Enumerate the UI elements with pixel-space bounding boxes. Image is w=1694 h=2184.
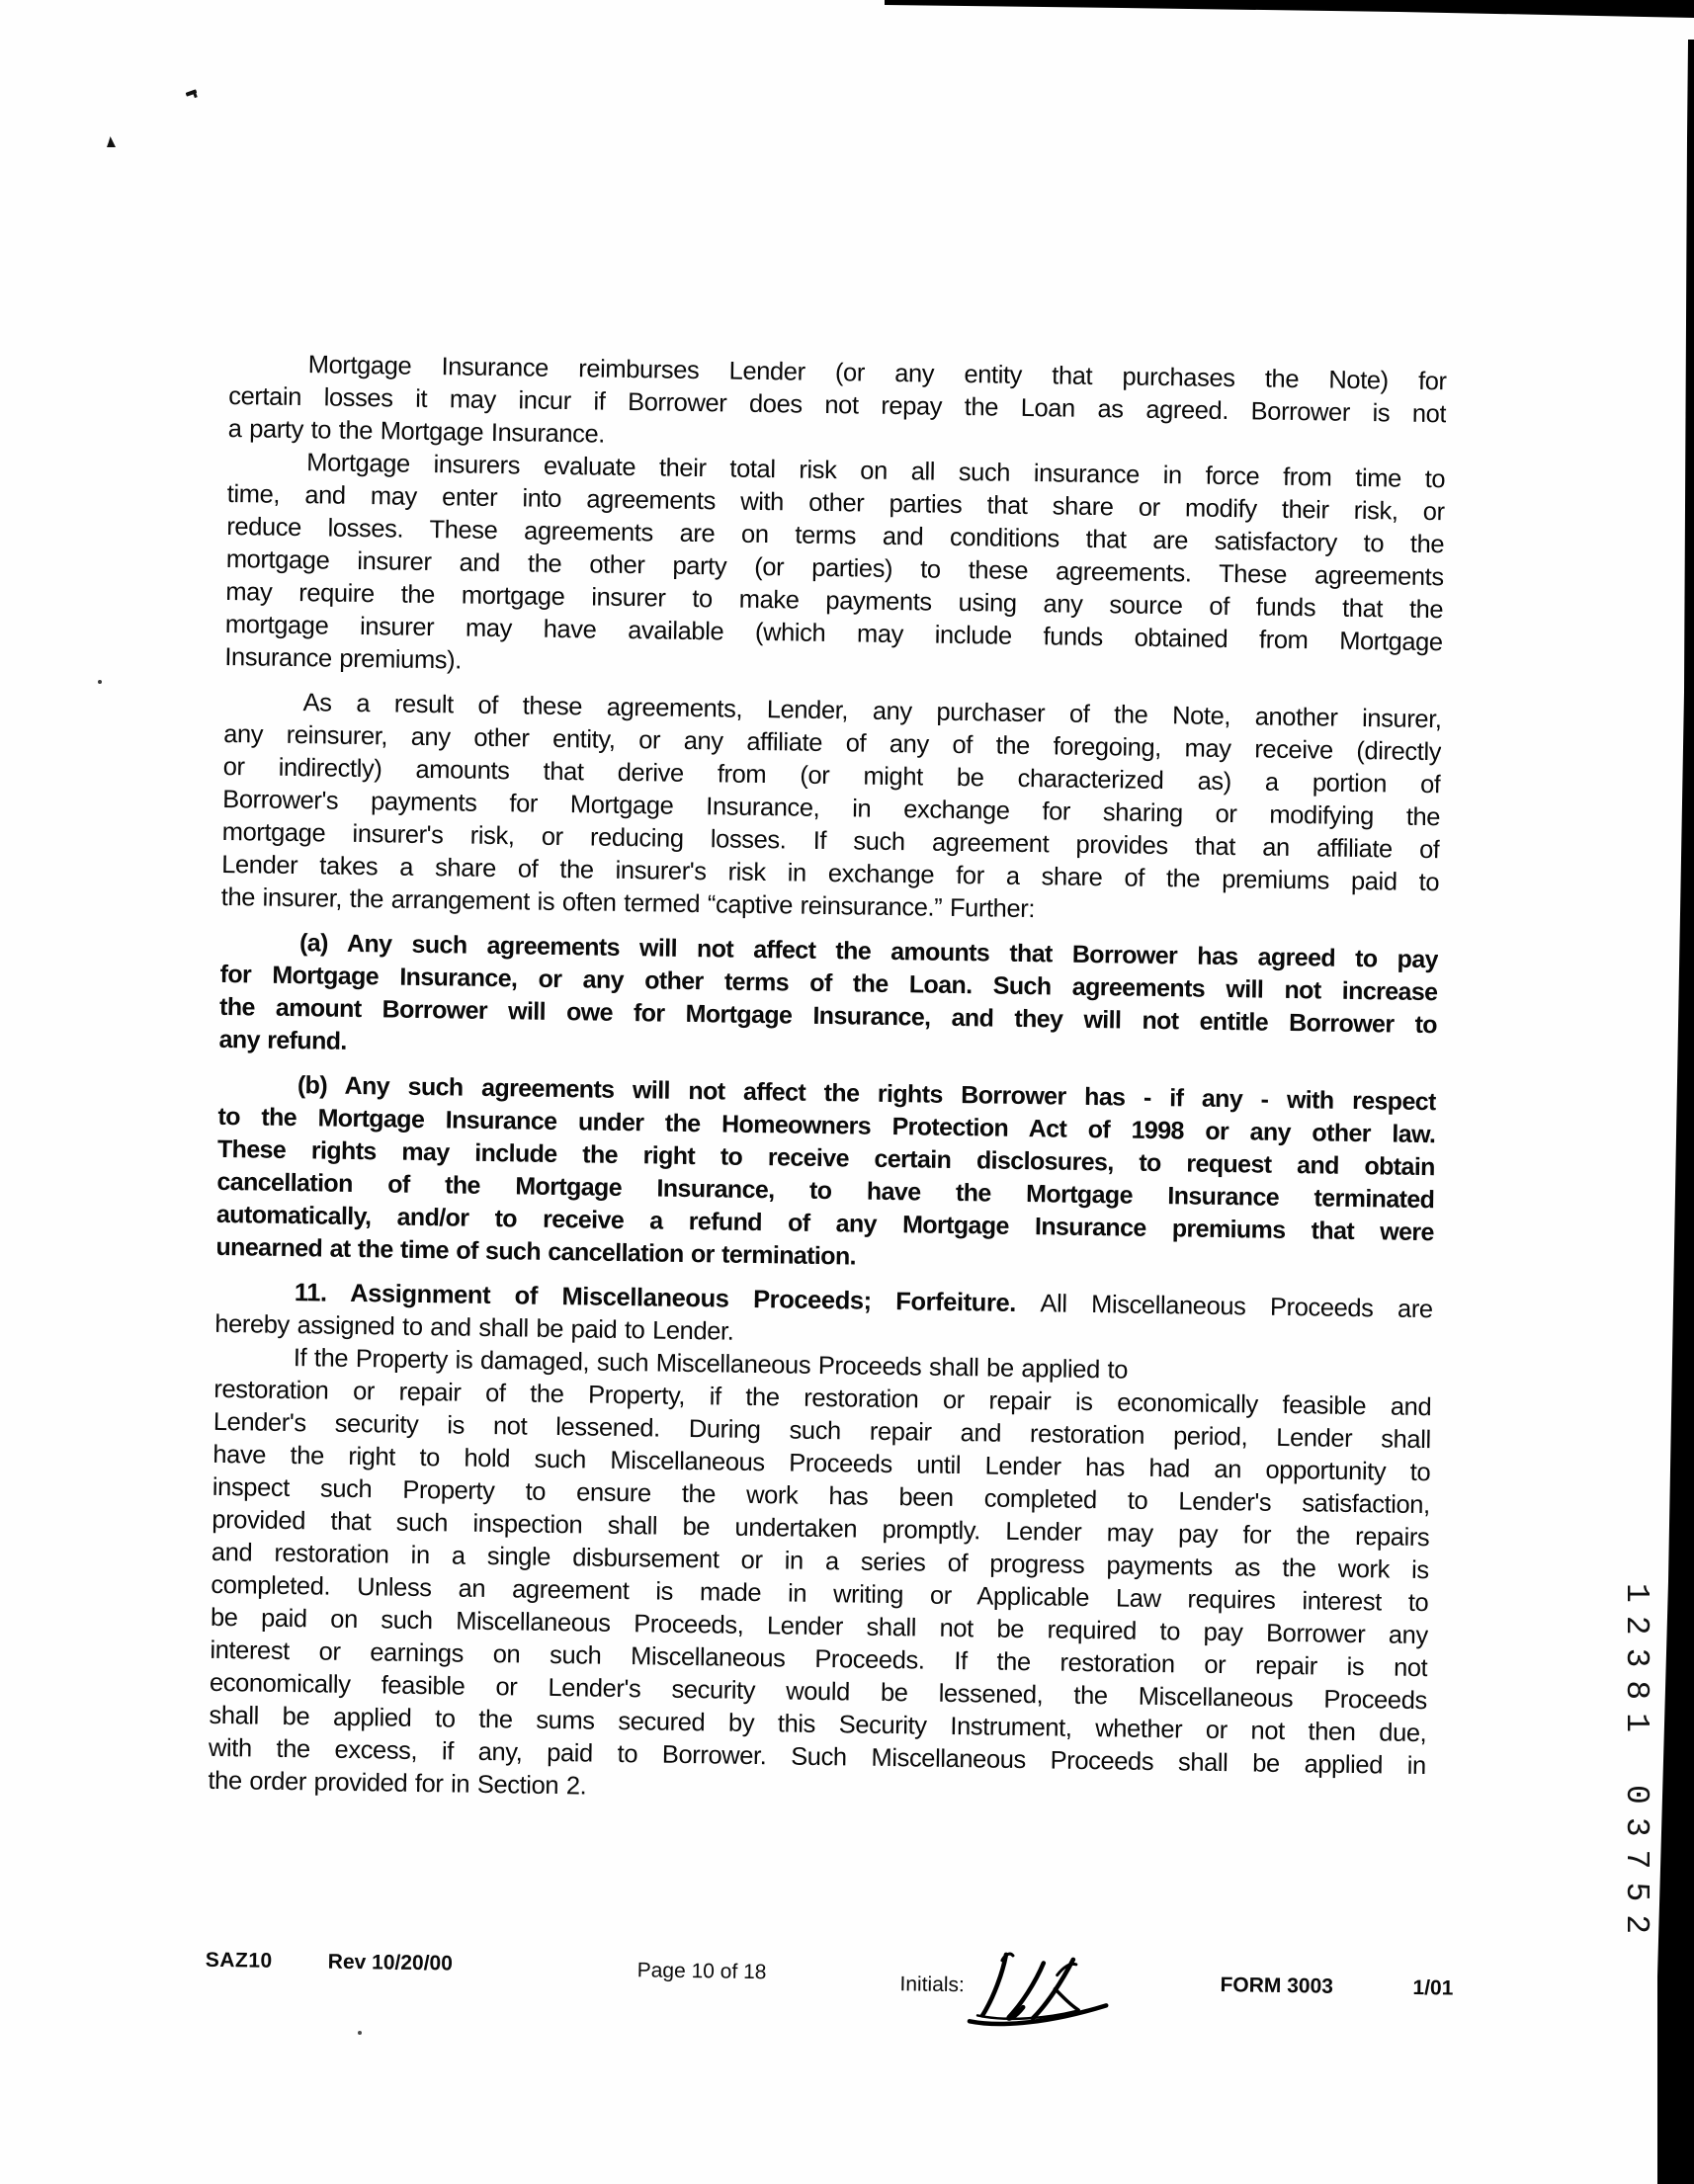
scanned-document-page: 1238103752 Mortgage Insurance reimburses… xyxy=(0,0,1694,2184)
recording-number-part1: 12381 xyxy=(1618,1583,1654,1745)
document-body: Mortgage Insurance reimburses Lender (or… xyxy=(208,348,1447,1815)
paragraph: Mortgage insurers evaluate their total r… xyxy=(224,446,1445,692)
paragraph: Mortgage Insurance reimburses Lender (or… xyxy=(228,348,1447,463)
right-edge-scan-artifact xyxy=(1651,36,1694,2184)
initials-signature xyxy=(958,1946,1127,2030)
footer-initials-label: Initials: xyxy=(899,1973,965,1997)
top-edge-scan-artifact xyxy=(885,0,1694,18)
footer-form-label: FORM 3003 xyxy=(1220,1974,1333,1999)
footer-form-version: 1/01 xyxy=(1412,1976,1453,2001)
scan-speck xyxy=(107,136,116,147)
footer-doc-code: SAZ10 xyxy=(206,1949,273,1974)
document-text-block: Mortgage Insurance reimburses Lender (or… xyxy=(208,348,1447,1815)
scan-speck xyxy=(186,89,198,97)
scan-speck xyxy=(98,680,102,684)
footer-revision: Rev 10/20/00 xyxy=(328,1951,453,1976)
page-footer: SAZ10 Rev 10/20/00 Page 10 of 18 Initial… xyxy=(205,1947,1431,2054)
paragraph: If the Property is damaged, such Miscell… xyxy=(208,1341,1432,1815)
paragraph: As a result of these agreements, Lender,… xyxy=(220,686,1441,932)
recording-number-vertical: 1238103752 xyxy=(1619,1583,1652,1998)
paragraph: (a) Any such agreements will not affect … xyxy=(218,926,1438,1074)
paragraph: (b) Any such agreements will not affect … xyxy=(215,1068,1436,1282)
footer-page-indicator: Page 10 of 18 xyxy=(637,1959,767,1984)
recording-number-part2: 03752 xyxy=(1618,1785,1654,1947)
